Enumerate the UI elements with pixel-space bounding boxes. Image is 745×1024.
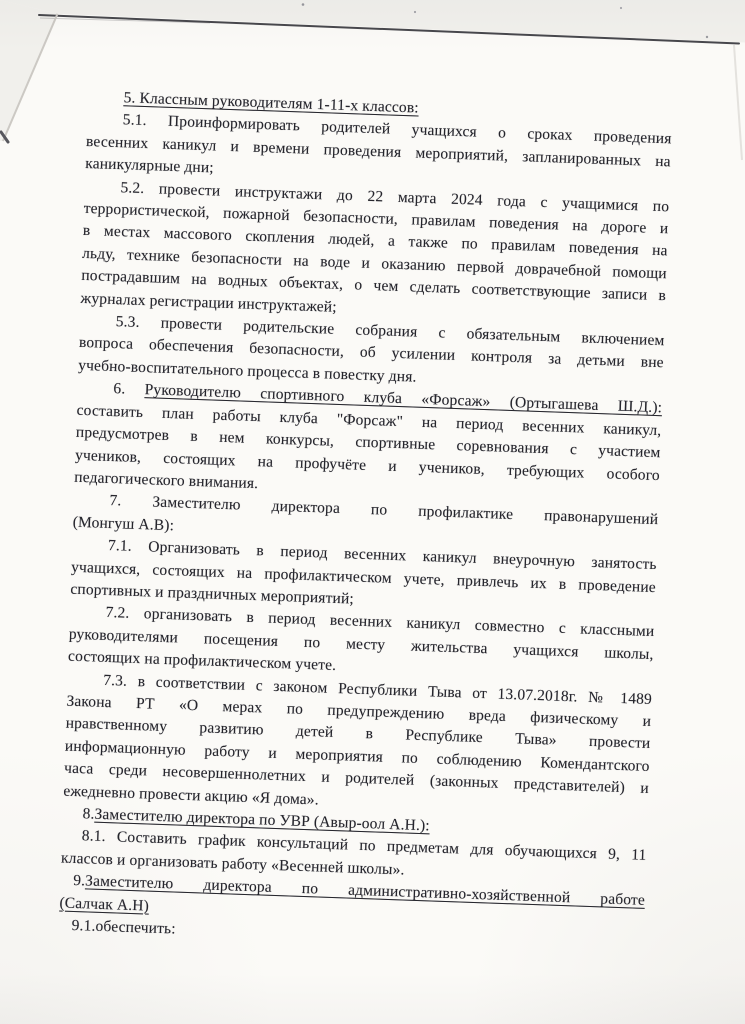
scanner-background-fold (0, 0, 58, 141)
scanner-background-top (0, 0, 745, 43)
section-number: 6. (113, 380, 145, 398)
scan-speck (620, 7, 622, 9)
left-edge-tick (1, 132, 8, 142)
section-number: 8. (82, 805, 95, 822)
scan-speck (414, 11, 416, 13)
paper-right-edge-faint (734, 45, 742, 160)
scanned-page: 5. Классным руководителям 1-11-х классов… (0, 0, 745, 1024)
paper-top-edge-line (39, 15, 739, 44)
paper-top-edge-shadow (40, 18, 210, 23)
folded-corner-line (3, 14, 58, 141)
document-body: 5. Классным руководителям 1-11-х классов… (58, 86, 672, 957)
scan-speck (706, 36, 708, 38)
scan-speck (302, 3, 305, 6)
section-number: 9. (73, 872, 86, 889)
